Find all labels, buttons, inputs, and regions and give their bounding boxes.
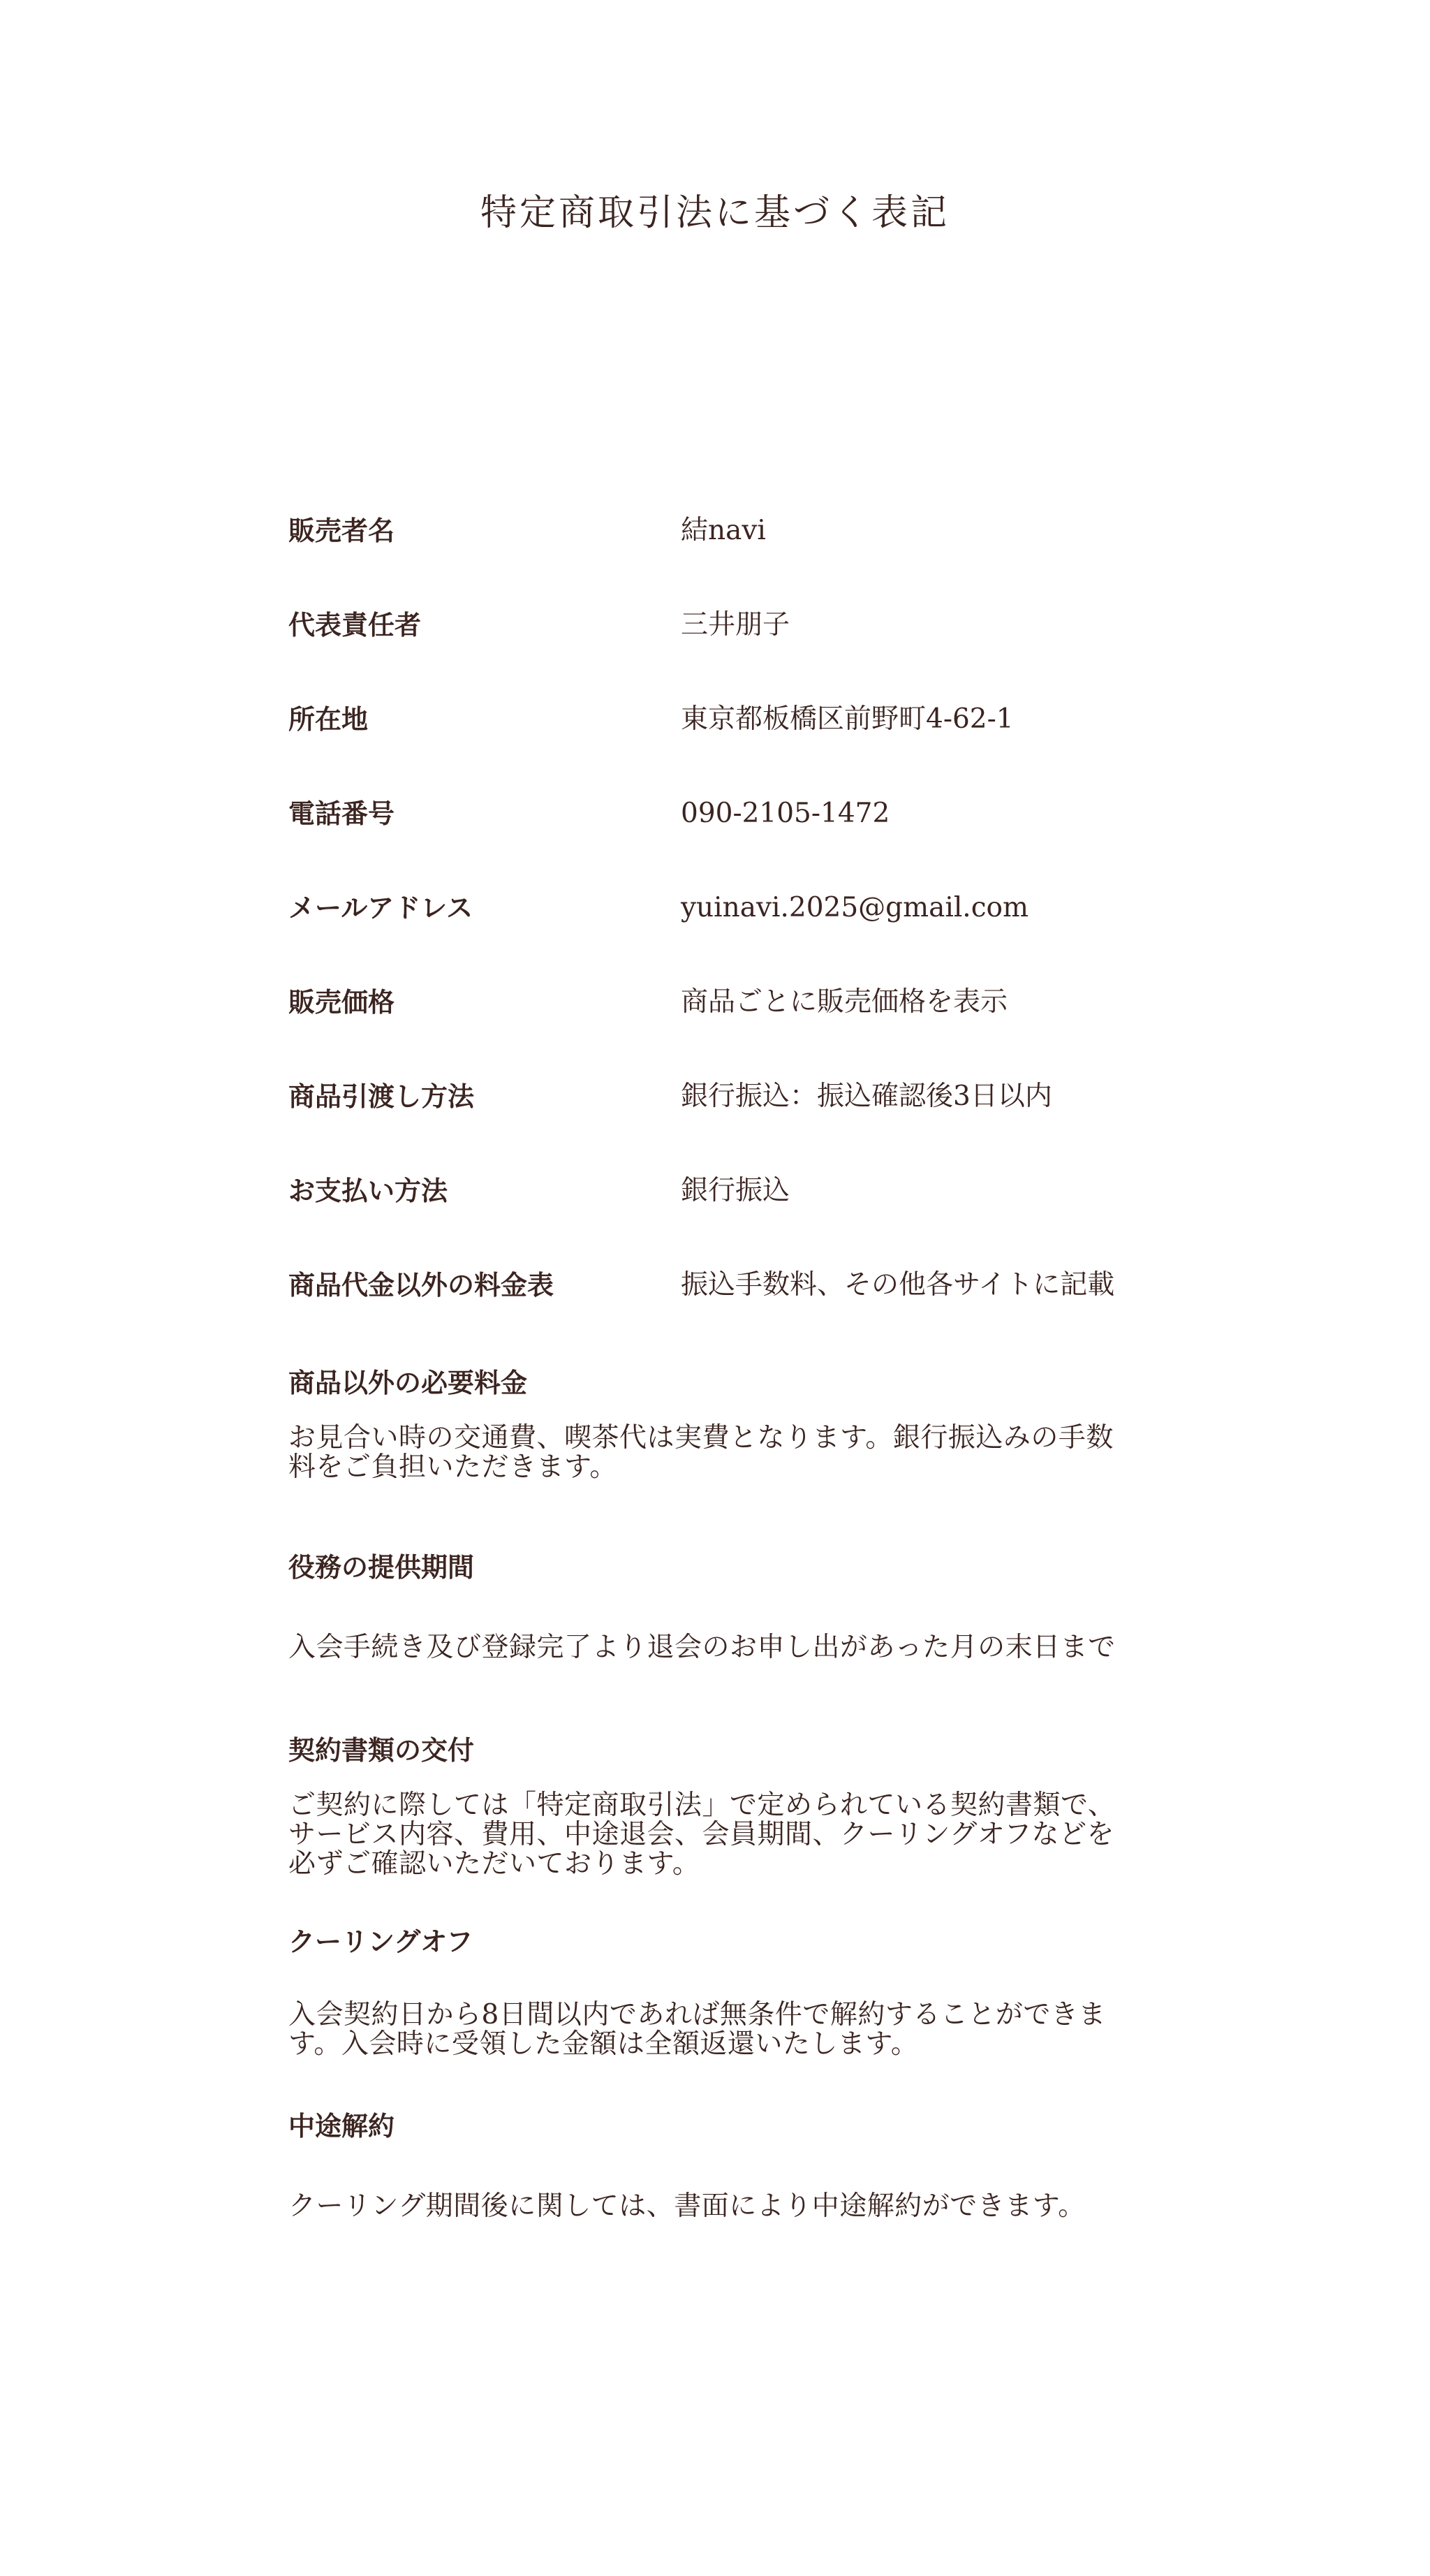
row-value: 090-2105-1472 [681, 793, 890, 835]
row-value: 商品ごとに販売価格を表示 [681, 981, 1008, 1023]
section-body: 入会契約日から8日間以内であれば無条件で解約することができます。入会時に受領した… [288, 2000, 1133, 2059]
row-value: 銀行振込：振込確認後3日以内 [681, 1076, 1052, 1118]
section-contract-documents: 契約書類の交付 ご契約に際しては「特定商取引法」で定められている契約書類で、サー… [288, 1729, 1133, 1879]
section-cooling-off: クーリングオフ 入会契約日から8日間以内であれば無条件で解約することができます。… [288, 1921, 1133, 2059]
commerce-info-table: 販売者名 結navi 代表責任者 三井朋子 所在地 東京都板橋区前野町4-62-… [288, 510, 1161, 1359]
row-value: 銀行振込 [681, 1170, 790, 1212]
section-label: クーリングオフ [288, 1921, 1133, 1963]
section-mid-term-cancellation: 中途解約 クーリング期間後に関しては、書面により中途解約ができます。 [288, 2105, 1133, 2221]
row-delivery: 商品引渡し方法 銀行振込：振込確認後3日以内 [288, 1076, 1161, 1170]
row-label: 所在地 [288, 698, 368, 740]
row-label: 商品代金以外の料金表 [288, 1264, 554, 1306]
row-value: 東京都板橋区前野町4-62-1 [681, 698, 1014, 740]
row-label: 商品引渡し方法 [288, 1076, 474, 1118]
row-label: 販売価格 [288, 981, 395, 1023]
row-label: 代表責任者 [288, 604, 421, 646]
section-body: 入会手続き及び登録完了より退会のお申し出があった月の末日まで [288, 1633, 1133, 1662]
row-phone: 電話番号 090-2105-1472 [288, 793, 1161, 887]
section-additional-fees: 商品以外の必要料金 お見合い時の交通費、喫茶代は実費となります。銀行振込みの手数… [288, 1362, 1133, 1482]
row-representative: 代表責任者 三井朋子 [288, 604, 1161, 698]
row-other-fees: 商品代金以外の料金表 振込手数料、その他各サイトに記載 [288, 1264, 1161, 1359]
section-label: 役務の提供期間 [288, 1546, 1133, 1588]
row-value: 振込手数料、その他各サイトに記載 [681, 1264, 1114, 1306]
row-label: 販売者名 [288, 510, 395, 552]
section-label: 契約書類の交付 [288, 1729, 1133, 1771]
section-label: 中途解約 [288, 2105, 1133, 2147]
section-body: クーリング期間後に関しては、書面により中途解約ができます。 [288, 2192, 1133, 2221]
row-seller-name: 販売者名 結navi [288, 510, 1161, 604]
row-payment: お支払い方法 銀行振込 [288, 1170, 1161, 1264]
section-label: 商品以外の必要料金 [288, 1362, 1133, 1404]
row-value: 結navi [681, 510, 766, 552]
section-body: ご契約に際しては「特定商取引法」で定められている契約書類で、サービス内容、費用、… [288, 1791, 1133, 1879]
row-email: メールアドレス yuinavi.2025@gmail.com [288, 887, 1161, 981]
row-label: 電話番号 [288, 793, 395, 835]
section-service-period: 役務の提供期間 入会手続き及び登録完了より退会のお申し出があった月の末日まで [288, 1546, 1133, 1662]
row-value: 三井朋子 [681, 604, 790, 646]
row-label: メールアドレス [288, 887, 473, 929]
row-price: 販売価格 商品ごとに販売価格を表示 [288, 981, 1161, 1076]
section-body: お見合い時の交通費、喫茶代は実費となります。銀行振込みの手数料をご負担いただきま… [288, 1424, 1133, 1482]
row-value: yuinavi.2025@gmail.com [681, 887, 1029, 929]
page-title: 特定商取引法に基づく表記 [0, 183, 1430, 235]
row-label: お支払い方法 [288, 1170, 448, 1212]
row-address: 所在地 東京都板橋区前野町4-62-1 [288, 698, 1161, 793]
